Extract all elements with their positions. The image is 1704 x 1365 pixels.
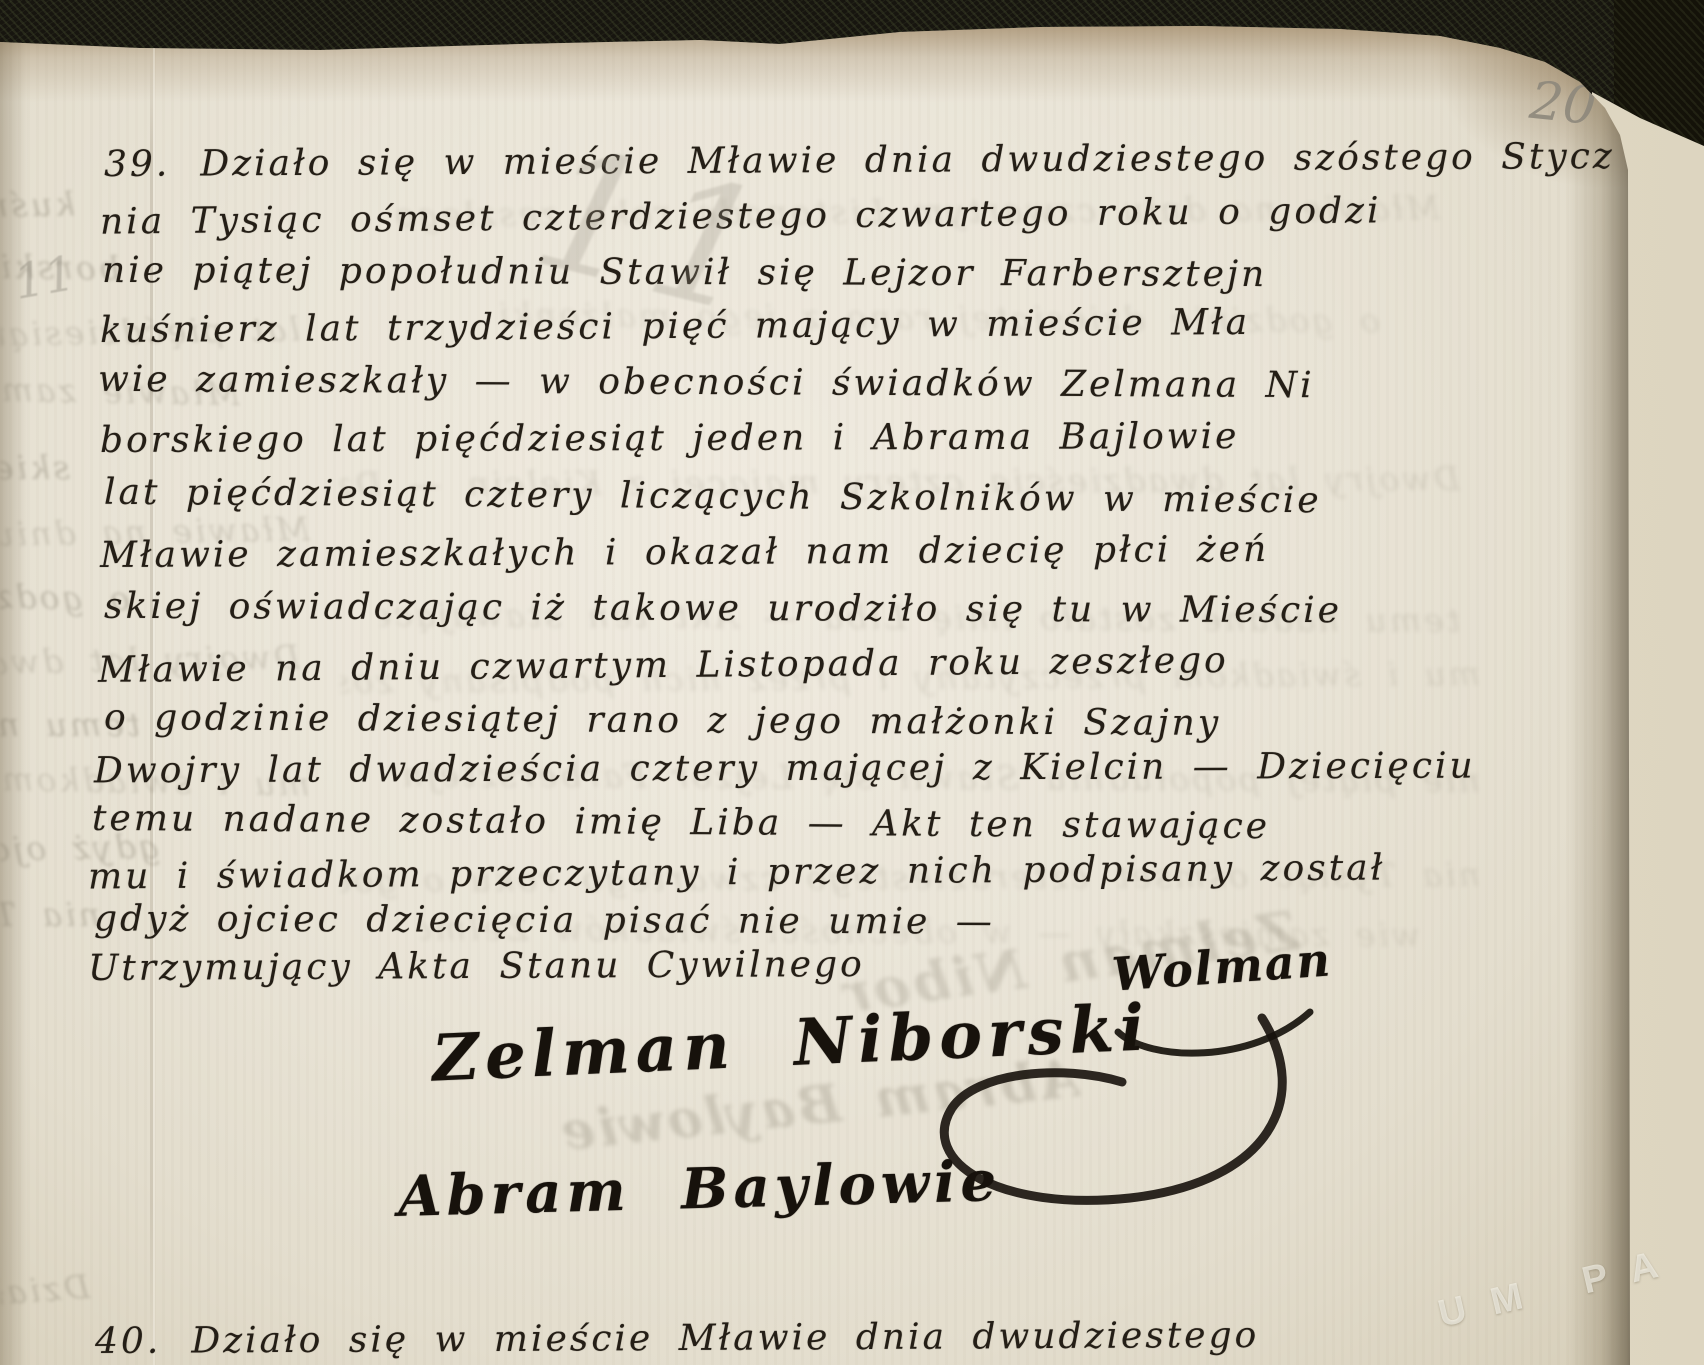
record-39-line-1-text: Działo się w mieście Mławie dnia dwudzie… — [200, 136, 1615, 184]
record-39-line-12: Dwojry lat dwadzieścia cztery mającej z … — [94, 746, 1476, 792]
record-39-line-13: temu nadane zostało imię Liba — Akt ten … — [92, 798, 1270, 847]
scanned-register-page: kuśnierz lat trzydzieści pięć mający w m… — [0, 0, 1704, 1365]
bleedthrough-text: nia Tysiąc ośmset czterdziestego czwarte… — [0, 895, 100, 934]
record-39-line-6: borskiego lat pięćdziesiąt jeden i Abram… — [100, 416, 1240, 461]
record-40-partial-text: Działo się w mieście Mławie dnia dwudzie… — [191, 1315, 1259, 1362]
pencil-mark-small: 11 — [10, 245, 80, 311]
document-page: kuśnierz lat trzydzieści pięć mający w m… — [0, 0, 1632, 1365]
bleedthrough-text: Działo się w mieście Mławie dnia dwudzie… — [0, 1267, 91, 1312]
record-39-line-11: o godzinie dziesiątej rano z jego małżon… — [104, 697, 1221, 744]
record-39-line-1: 39.Działo się w mieście Mławie dnia dwud… — [104, 136, 1615, 185]
record-39-line-15: gdyż ojciec dziecięcia pisać nie umie — — [94, 898, 995, 942]
record-39-number: 39. — [104, 144, 170, 185]
record-40-number: 40. — [95, 1321, 161, 1362]
record-39-line-9: skiej oświadczając iż takowe urodziło si… — [104, 586, 1342, 631]
record-39-line-16: Utrzymujący Akta Stanu Cywilnego — [88, 944, 865, 989]
bleedthrough-text: kuśnierz lat trzydzieści pięć mający w m… — [0, 184, 75, 224]
record-39-line-7: lat pięćdziesiąt cztery liczących Szkoln… — [104, 472, 1322, 521]
record-39-line-8: Mławie zamieszkałych i okazał nam dzieci… — [100, 529, 1269, 576]
bleedthrough-text: skiej oświadczając iż takowe urodziło si… — [0, 448, 70, 487]
record-39-line-5: wie zamieszkały — w obecności świadków Z… — [98, 359, 1315, 406]
record-40-line-1: 40.Działo się w mieście Mławie dnia dwud… — [95, 1315, 1259, 1362]
